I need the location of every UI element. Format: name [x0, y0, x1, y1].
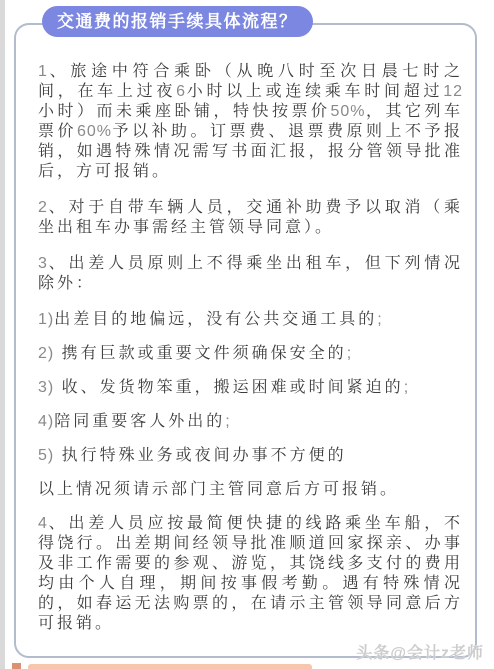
paragraph-rule-4: 4、出差人员应按最简便快捷的线路乘坐车船，不得饶行。出差期间经领导批准顺道回家探…: [38, 514, 463, 634]
next-section-bullet: [12, 663, 21, 669]
list-item-exception-3: 3) 收、发货物笨重，搬运困难或时间紧迫的;: [38, 378, 463, 398]
paragraph-rule-3: 3、出差人员原则上不得乘坐出租车，但下列情况除外：: [38, 254, 463, 294]
paragraph-approval-note: 以上情况须请示部门主管同意后方可报销。: [38, 480, 463, 500]
page-edge-strip: [0, 0, 5, 669]
section-title-pill: 交通费的报销手续具体流程？: [42, 6, 313, 37]
list-item-exception-5: 5) 执行特殊业务或夜间办事不方便的: [38, 446, 463, 466]
list-item-exception-2: 2) 携有巨款或重要文件须确保安全的;: [38, 344, 463, 364]
paragraph-rule-2: 2、对于自带车辆人员，交通补助费予以取消（乘坐出租车办事需经主管领导同意）。: [38, 198, 463, 238]
list-item-exception-4: 4)陪同重要客人外出的;: [38, 412, 463, 432]
rules-text-block: 1、旅途中符合乘卧（从晚八时至次日晨七时之间，在车上过夜6小时以上或连续乘车时间…: [38, 62, 463, 650]
author-watermark: 头条@会计z老师: [356, 640, 484, 663]
list-item-exception-1: 1)出差目的地偏远，没有公共交通工具的;: [38, 310, 463, 330]
next-section-header-partial: [28, 664, 312, 669]
infographic-page: 交通费的报销手续具体流程？ 1、旅途中符合乘卧（从晚八时至次日晨七时之间，在车上…: [0, 0, 494, 669]
paragraph-rule-1: 1、旅途中符合乘卧（从晚八时至次日晨七时之间，在车上过夜6小时以上或连续乘车时间…: [38, 62, 463, 182]
